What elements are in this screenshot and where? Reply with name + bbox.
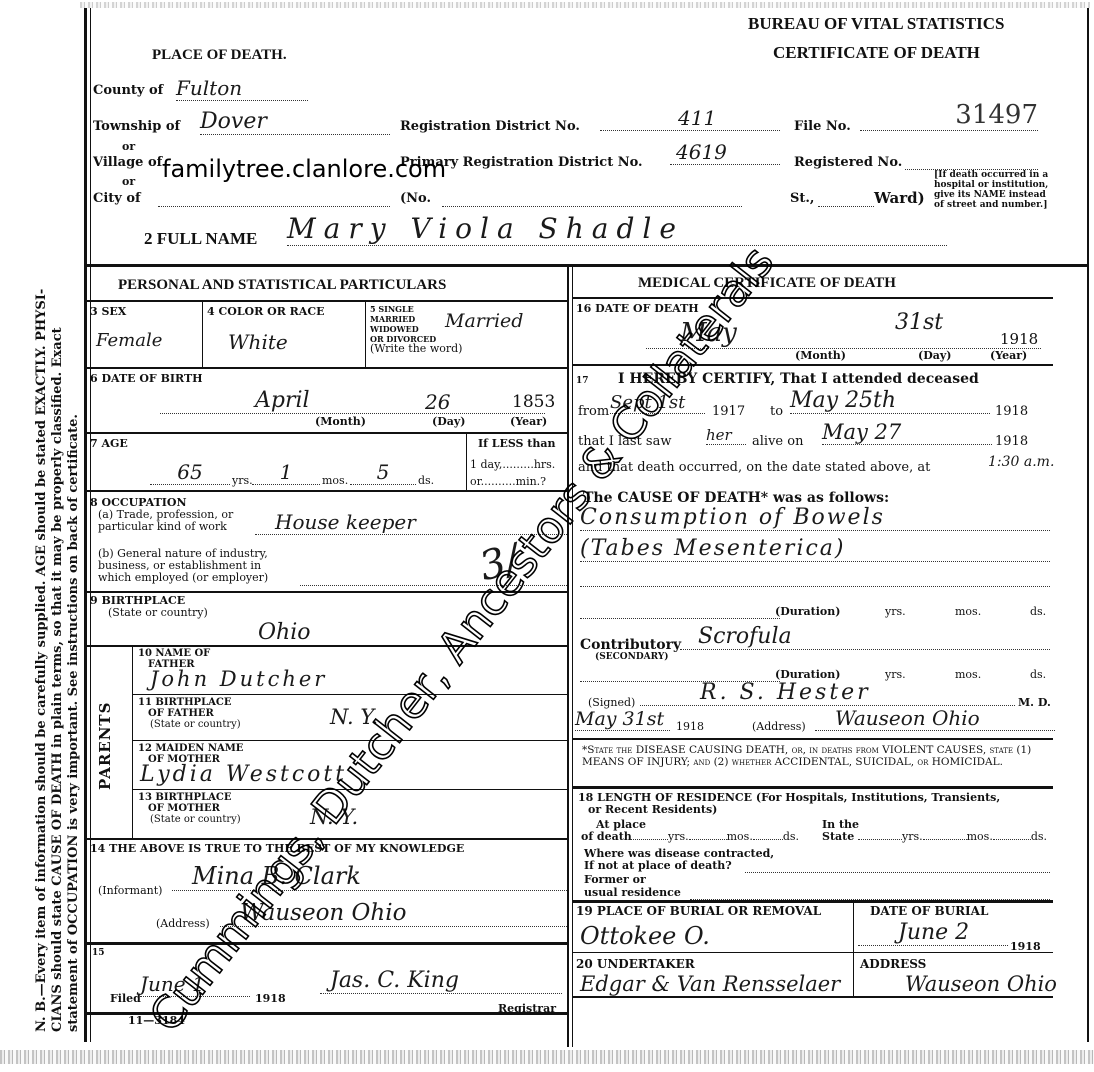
- mother-label-1: 12 MAIDEN NAME: [138, 743, 243, 754]
- registrar-signature: Jas. C. King: [320, 968, 562, 994]
- parents-label: PARENTS: [96, 702, 114, 790]
- mother-bp-label-1: 13 BIRTHPLACE: [138, 792, 241, 803]
- attended-from-year: 1917: [712, 404, 745, 419]
- scan-noise-top: [80, 2, 1090, 8]
- reg-district-value: 411: [600, 106, 780, 131]
- undertaker-label: 20 UNDERTAKER: [576, 957, 695, 971]
- age-days: 5: [350, 460, 416, 485]
- age-mos-unit: mos.: [322, 474, 348, 487]
- sex-label: 3 SEX: [90, 305, 126, 318]
- dob-line: [160, 412, 545, 414]
- at-place-label-2: of death: [581, 830, 632, 843]
- father-bp-label-2: OF FATHER: [138, 708, 241, 719]
- contracted-field: [745, 871, 1050, 873]
- burial-date-value: June 2: [858, 920, 1008, 946]
- undertaker-address-label: ADDRESS: [860, 957, 926, 971]
- signed-address-label: (Address): [752, 720, 806, 733]
- duration-label: (Duration): [775, 605, 840, 618]
- dob-month-caption: (Month): [315, 415, 366, 428]
- mother-bp-label-2: OF MOTHER: [138, 803, 241, 814]
- ward-value: [818, 205, 874, 207]
- age-yrs-unit: yrs.: [232, 474, 253, 487]
- divider: [573, 786, 1053, 789]
- divider: [87, 300, 567, 302]
- street-no-label: (No.: [400, 191, 431, 206]
- signed-date: May 31st: [575, 708, 670, 731]
- father-label-1: 10 NAME OF: [138, 648, 210, 659]
- divider: [365, 300, 366, 368]
- in-state-label-2: State: [822, 830, 854, 843]
- street-no-value: [442, 205, 742, 207]
- race-label: 4 COLOR OR RACE: [207, 305, 324, 318]
- less-or: or..........min.?: [470, 475, 546, 488]
- contributory-label: Contributory: [580, 637, 681, 653]
- township-label: Township of: [93, 119, 180, 134]
- dob-year: 1853: [512, 392, 555, 412]
- alive-on-year: 1918: [995, 434, 1028, 449]
- duration-mos: mos.: [955, 605, 981, 618]
- signed-address-value: Wauseon Ohio: [815, 706, 1055, 731]
- file-no-value: 31497: [860, 100, 1038, 131]
- physician-signature: R. S. Hester: [640, 680, 1015, 706]
- ward-label: Ward): [874, 189, 925, 207]
- dob-year-caption: (Year): [510, 415, 547, 428]
- side-note-line3: statement of OCCUPATION is very importan…: [66, 414, 81, 1032]
- birthplace-hint: (State or country): [108, 606, 208, 619]
- residence-label-2: or Recent Residents): [588, 803, 717, 816]
- in-state-ds: ds.: [1031, 830, 1047, 843]
- dob-label: 6 DATE OF BIRTH: [90, 372, 203, 385]
- informant-value: Mina B. Clark: [172, 862, 567, 891]
- divider: [573, 996, 1053, 998]
- duration-ds: ds.: [1030, 605, 1046, 618]
- file-no-label: File No.: [794, 119, 851, 134]
- in-state-yrs: yrs.: [902, 830, 923, 843]
- in-state-units: yrs.mos.ds.: [858, 830, 1047, 843]
- filed-year: 1918: [255, 992, 286, 1005]
- dod-month-caption: (Month): [795, 349, 846, 362]
- bureau-title: BUREAU OF VITAL STATISTICS: [748, 14, 1005, 34]
- burial-place-value: Ottokee O.: [580, 922, 710, 950]
- township-value: Dover: [200, 109, 390, 135]
- contracted-label-2: If not at place of death?: [584, 859, 732, 872]
- frame-right: [1087, 8, 1089, 1042]
- divider: [853, 900, 854, 996]
- attended-to-value: May 25th: [790, 388, 990, 414]
- dob-day: 26: [425, 390, 450, 414]
- duration-line: [580, 617, 780, 619]
- former-residence-label-2: usual residence: [584, 886, 681, 899]
- mother-bp-label-3: (State or country): [138, 814, 241, 825]
- dod-day-caption: (Day): [918, 349, 951, 362]
- column-divider: [567, 267, 569, 1047]
- duration-ds-2: ds.: [1030, 668, 1046, 681]
- or-label-1: or: [122, 140, 135, 153]
- in-state-mos: mos.: [967, 830, 993, 843]
- less-day: 1 day,.........hrs.: [470, 458, 555, 471]
- age-years: 65: [150, 460, 230, 485]
- certify-number: 17: [576, 376, 589, 386]
- village-label: Village of: [93, 155, 162, 170]
- divider: [132, 645, 133, 840]
- filed-label: Filed: [110, 992, 141, 1005]
- marital-hint: (Write the word): [370, 344, 462, 354]
- dod-year-caption: (Year): [990, 349, 1027, 362]
- divider: [573, 952, 1053, 953]
- age-ds-unit: ds.: [418, 474, 434, 487]
- cause-line-1: Consumption of Bowels: [580, 505, 1050, 531]
- divider: [132, 694, 567, 695]
- informant-address-label: (Address): [156, 917, 210, 930]
- in-state-mos-field: [923, 839, 967, 840]
- cause-label: The CAUSE OF DEATH* was as follows:: [583, 490, 889, 506]
- scan-noise-bottom: [0, 1050, 1094, 1064]
- signed-year: 1918: [676, 720, 704, 733]
- divider: [87, 942, 567, 945]
- county-label: County of: [93, 83, 163, 98]
- to-label: to: [770, 404, 783, 419]
- duration-yrs: yrs.: [885, 605, 906, 618]
- frame-left: [84, 8, 87, 1042]
- city-label: City of: [93, 191, 141, 206]
- father-bp-label-3: (State or country): [138, 719, 241, 730]
- alive-on-value: May 27: [822, 420, 992, 445]
- divider: [87, 432, 567, 434]
- dob-day-caption: (Day): [432, 415, 465, 428]
- dod-year: 1918: [1000, 330, 1038, 348]
- city-value: [158, 205, 390, 207]
- hospital-note: [If death occurred in a hospital or inst…: [934, 170, 1054, 210]
- frame-left-inner: [90, 8, 91, 1042]
- divider: [573, 297, 1053, 299]
- certificate-title: CERTIFICATE OF DEATH: [773, 43, 980, 63]
- divider: [87, 367, 567, 369]
- filed-number: 15: [92, 948, 105, 958]
- divider: [87, 645, 567, 647]
- marital-value: Married: [445, 310, 523, 332]
- at-place-ds: ds.: [783, 830, 799, 843]
- occ-a-label-2: particular kind of work: [98, 520, 227, 533]
- at-place-yrs-field: [630, 839, 668, 840]
- father-bp-label-1: 11 BIRTHPLACE: [138, 697, 241, 708]
- burial-date-label: DATE OF BURIAL: [870, 904, 988, 918]
- reg-district-label: Registration District No.: [400, 119, 580, 134]
- street-label: St.,: [790, 191, 814, 206]
- side-note-line2: CIANS should state CAUSE OF DEATH in pla…: [50, 327, 65, 1032]
- time-of-death: 1:30 a.m.: [988, 454, 1054, 470]
- at-place-yrs: yrs.: [668, 830, 689, 843]
- side-note-line1: N. B.—Every item of information should b…: [34, 289, 49, 1032]
- attended-to-year: 1918: [995, 404, 1028, 419]
- disease-note: *State the DISEASE CAUSING DEATH, or, in…: [582, 744, 1048, 768]
- column-divider-inner: [572, 267, 573, 1047]
- dod-label: 16 DATE OF DEATH: [576, 302, 699, 315]
- at-place-mos: mos.: [727, 830, 753, 843]
- undertaker-value: Edgar & Van Rensselaer: [580, 972, 840, 996]
- at-place-mos-field: [689, 839, 727, 840]
- contributory-sub: (SECONDARY): [595, 652, 669, 662]
- birthplace-value: Ohio: [258, 620, 311, 645]
- full-name-label: 2 FULL NAME: [144, 229, 257, 249]
- age-months: 1: [252, 460, 320, 485]
- alive-on-label: alive on: [752, 434, 803, 449]
- contributory-value: Scrofula: [680, 624, 1050, 650]
- burial-place-label: 19 PLACE OF BURIAL OR REMOVAL: [576, 904, 821, 918]
- at-place-units: yrs.mos.ds.: [630, 830, 799, 843]
- full-name-value: Mary Viola Shadle: [287, 212, 947, 246]
- at-place-ds-field: [753, 839, 783, 840]
- in-state-yrs-field: [858, 839, 902, 840]
- divider-top: [87, 264, 1087, 267]
- divider: [202, 300, 203, 368]
- divider: [466, 432, 467, 490]
- last-saw-pronoun: her: [706, 426, 746, 445]
- site-watermark: familytree.clanlore.com: [162, 155, 446, 183]
- age-label: 7 AGE: [90, 437, 128, 450]
- occ-b-label-3: which employed (or employer): [98, 571, 268, 584]
- undertaker-address-value: Wauseon Ohio: [905, 972, 1065, 996]
- dob-month: April: [255, 388, 310, 413]
- place-of-death-heading: PLACE OF DEATH.: [152, 47, 287, 64]
- less-than-label: If LESS than: [478, 437, 556, 450]
- divider: [573, 900, 1053, 903]
- informant-label: (Informant): [98, 884, 162, 897]
- dod-day: 31st: [895, 310, 943, 335]
- race-value: White: [228, 330, 288, 354]
- father-birthplace-label: 11 BIRTHPLACE OF FATHER (State or countr…: [138, 697, 241, 730]
- divider: [573, 738, 1053, 740]
- or-label-2: or: [122, 175, 135, 188]
- registered-no-label: Registered No.: [794, 155, 902, 170]
- former-residence-label-1: Former or: [584, 873, 646, 886]
- primary-reg-value: 4619: [670, 140, 780, 165]
- cause-line-3: [580, 585, 1050, 587]
- cause-line-2: (Tabes Mesenterica): [580, 536, 1050, 562]
- county-value: Fulton: [176, 76, 308, 101]
- mother-birthplace-label: 13 BIRTHPLACE OF MOTHER (State or countr…: [138, 792, 241, 825]
- divider: [87, 490, 567, 492]
- in-state-ds-field: [993, 839, 1031, 840]
- personal-section-title: PERSONAL AND STATISTICAL PARTICULARS: [118, 277, 446, 294]
- father-name-value: John Dutcher: [150, 667, 327, 691]
- sex-value: Female: [96, 330, 162, 351]
